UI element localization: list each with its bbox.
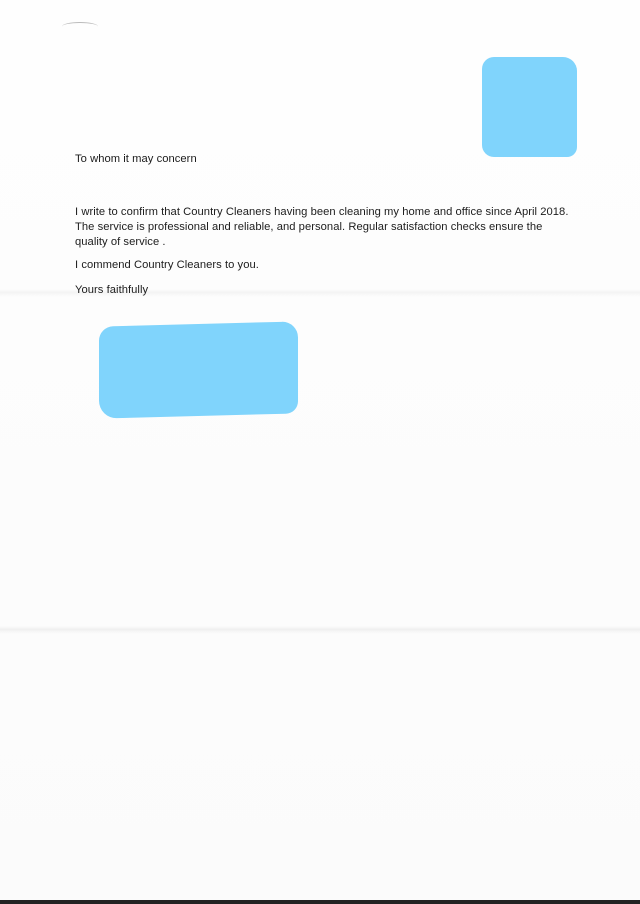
scan-bottom-edge: [0, 900, 640, 904]
letter-page: To whom it may concern I write to confir…: [0, 0, 640, 904]
letter-closing: Yours faithfully: [75, 283, 148, 298]
letter-body-paragraph: I write to confirm that Country Cleaners…: [75, 205, 575, 250]
letter-greeting: To whom it may concern: [75, 152, 197, 167]
redacted-address-block: [482, 57, 577, 157]
redacted-signature-block: [99, 321, 298, 418]
paper-fold-line: [0, 626, 640, 634]
scan-mark: [62, 22, 98, 31]
letter-body-paragraph: I commend Country Cleaners to you.: [75, 258, 259, 273]
